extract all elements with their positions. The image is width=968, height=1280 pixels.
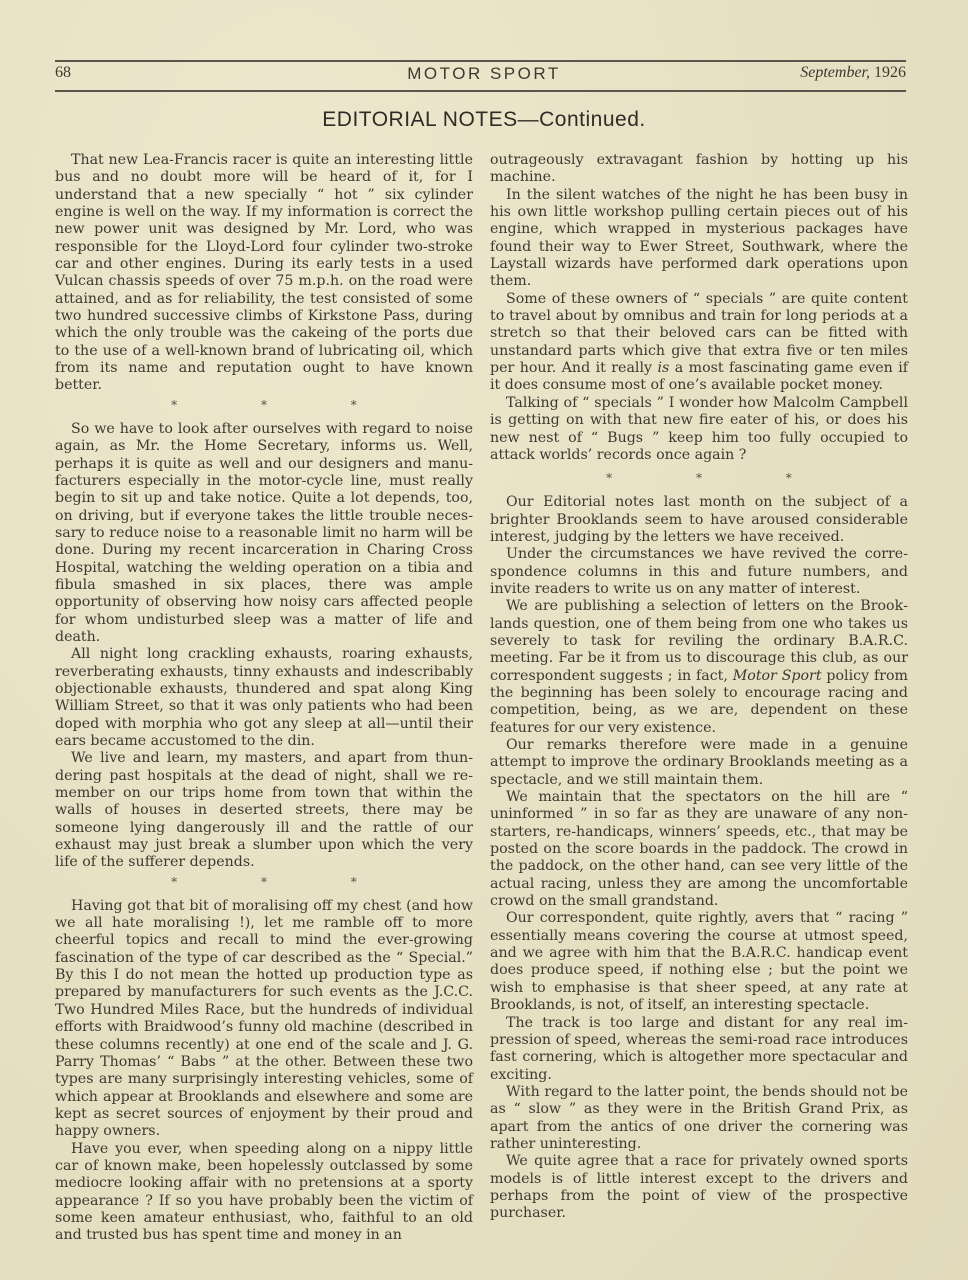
article-title: EDITORIAL NOTES—Continued. — [0, 108, 968, 132]
paragraph: Having got that bit of moralising off my… — [55, 898, 473, 1141]
section-separator: * * * — [55, 872, 473, 889]
paragraph-continued: outrageously extravagant fashion by hott… — [490, 152, 908, 187]
paragraph: With regard to the latter point, the ben… — [490, 1084, 908, 1153]
section-separator: * * * — [490, 468, 908, 485]
paragraph: So we have to look after ourselves with … — [55, 421, 473, 646]
left-column: That new Lea-Francis racer is quite an i… — [55, 152, 473, 1245]
emphasis: is — [657, 360, 669, 376]
paragraph: In the silent watches of the night he ha… — [490, 187, 908, 291]
paragraph: That new Lea-Francis racer is quite an i… — [55, 152, 473, 395]
paragraph: Our correspondent, quite rightly, avers … — [490, 910, 908, 1014]
paragraph: Our remarks therefore were made in a gen… — [490, 737, 908, 789]
issue-month: September, — [800, 64, 870, 81]
right-column: outrageously extravagant fashion by hott… — [490, 152, 908, 1223]
paragraph: All night long crackling exhausts, roari… — [55, 646, 473, 750]
paragraph: Some of these owners of “ specials ” are… — [490, 291, 908, 395]
paragraph: The track is too large and distant for a… — [490, 1015, 908, 1084]
paragraph: Under the circumstances we have revived … — [490, 546, 908, 598]
header-top-rule — [55, 60, 906, 62]
issue-date: September, 1926 — [800, 64, 906, 86]
paragraph: We live and learn, my masters, and apart… — [55, 750, 473, 871]
paragraph: Have you ever, when speeding along on a … — [55, 1141, 473, 1245]
paragraph: We quite agree that a race for privately… — [490, 1153, 908, 1222]
issue-year: 1926 — [874, 64, 906, 81]
paragraph: Talking of “ specials ” I wonder how Mal… — [490, 395, 908, 464]
section-separator: * * * — [55, 395, 473, 412]
paragraph: Our Editorial notes last month on the su… — [490, 494, 908, 546]
paragraph: We maintain that the spectators on the h… — [490, 789, 908, 910]
paragraph: We are publishing a selection of letters… — [490, 598, 908, 737]
publication-name: Motor Sport — [733, 668, 822, 684]
header-bottom-rule — [55, 90, 906, 92]
